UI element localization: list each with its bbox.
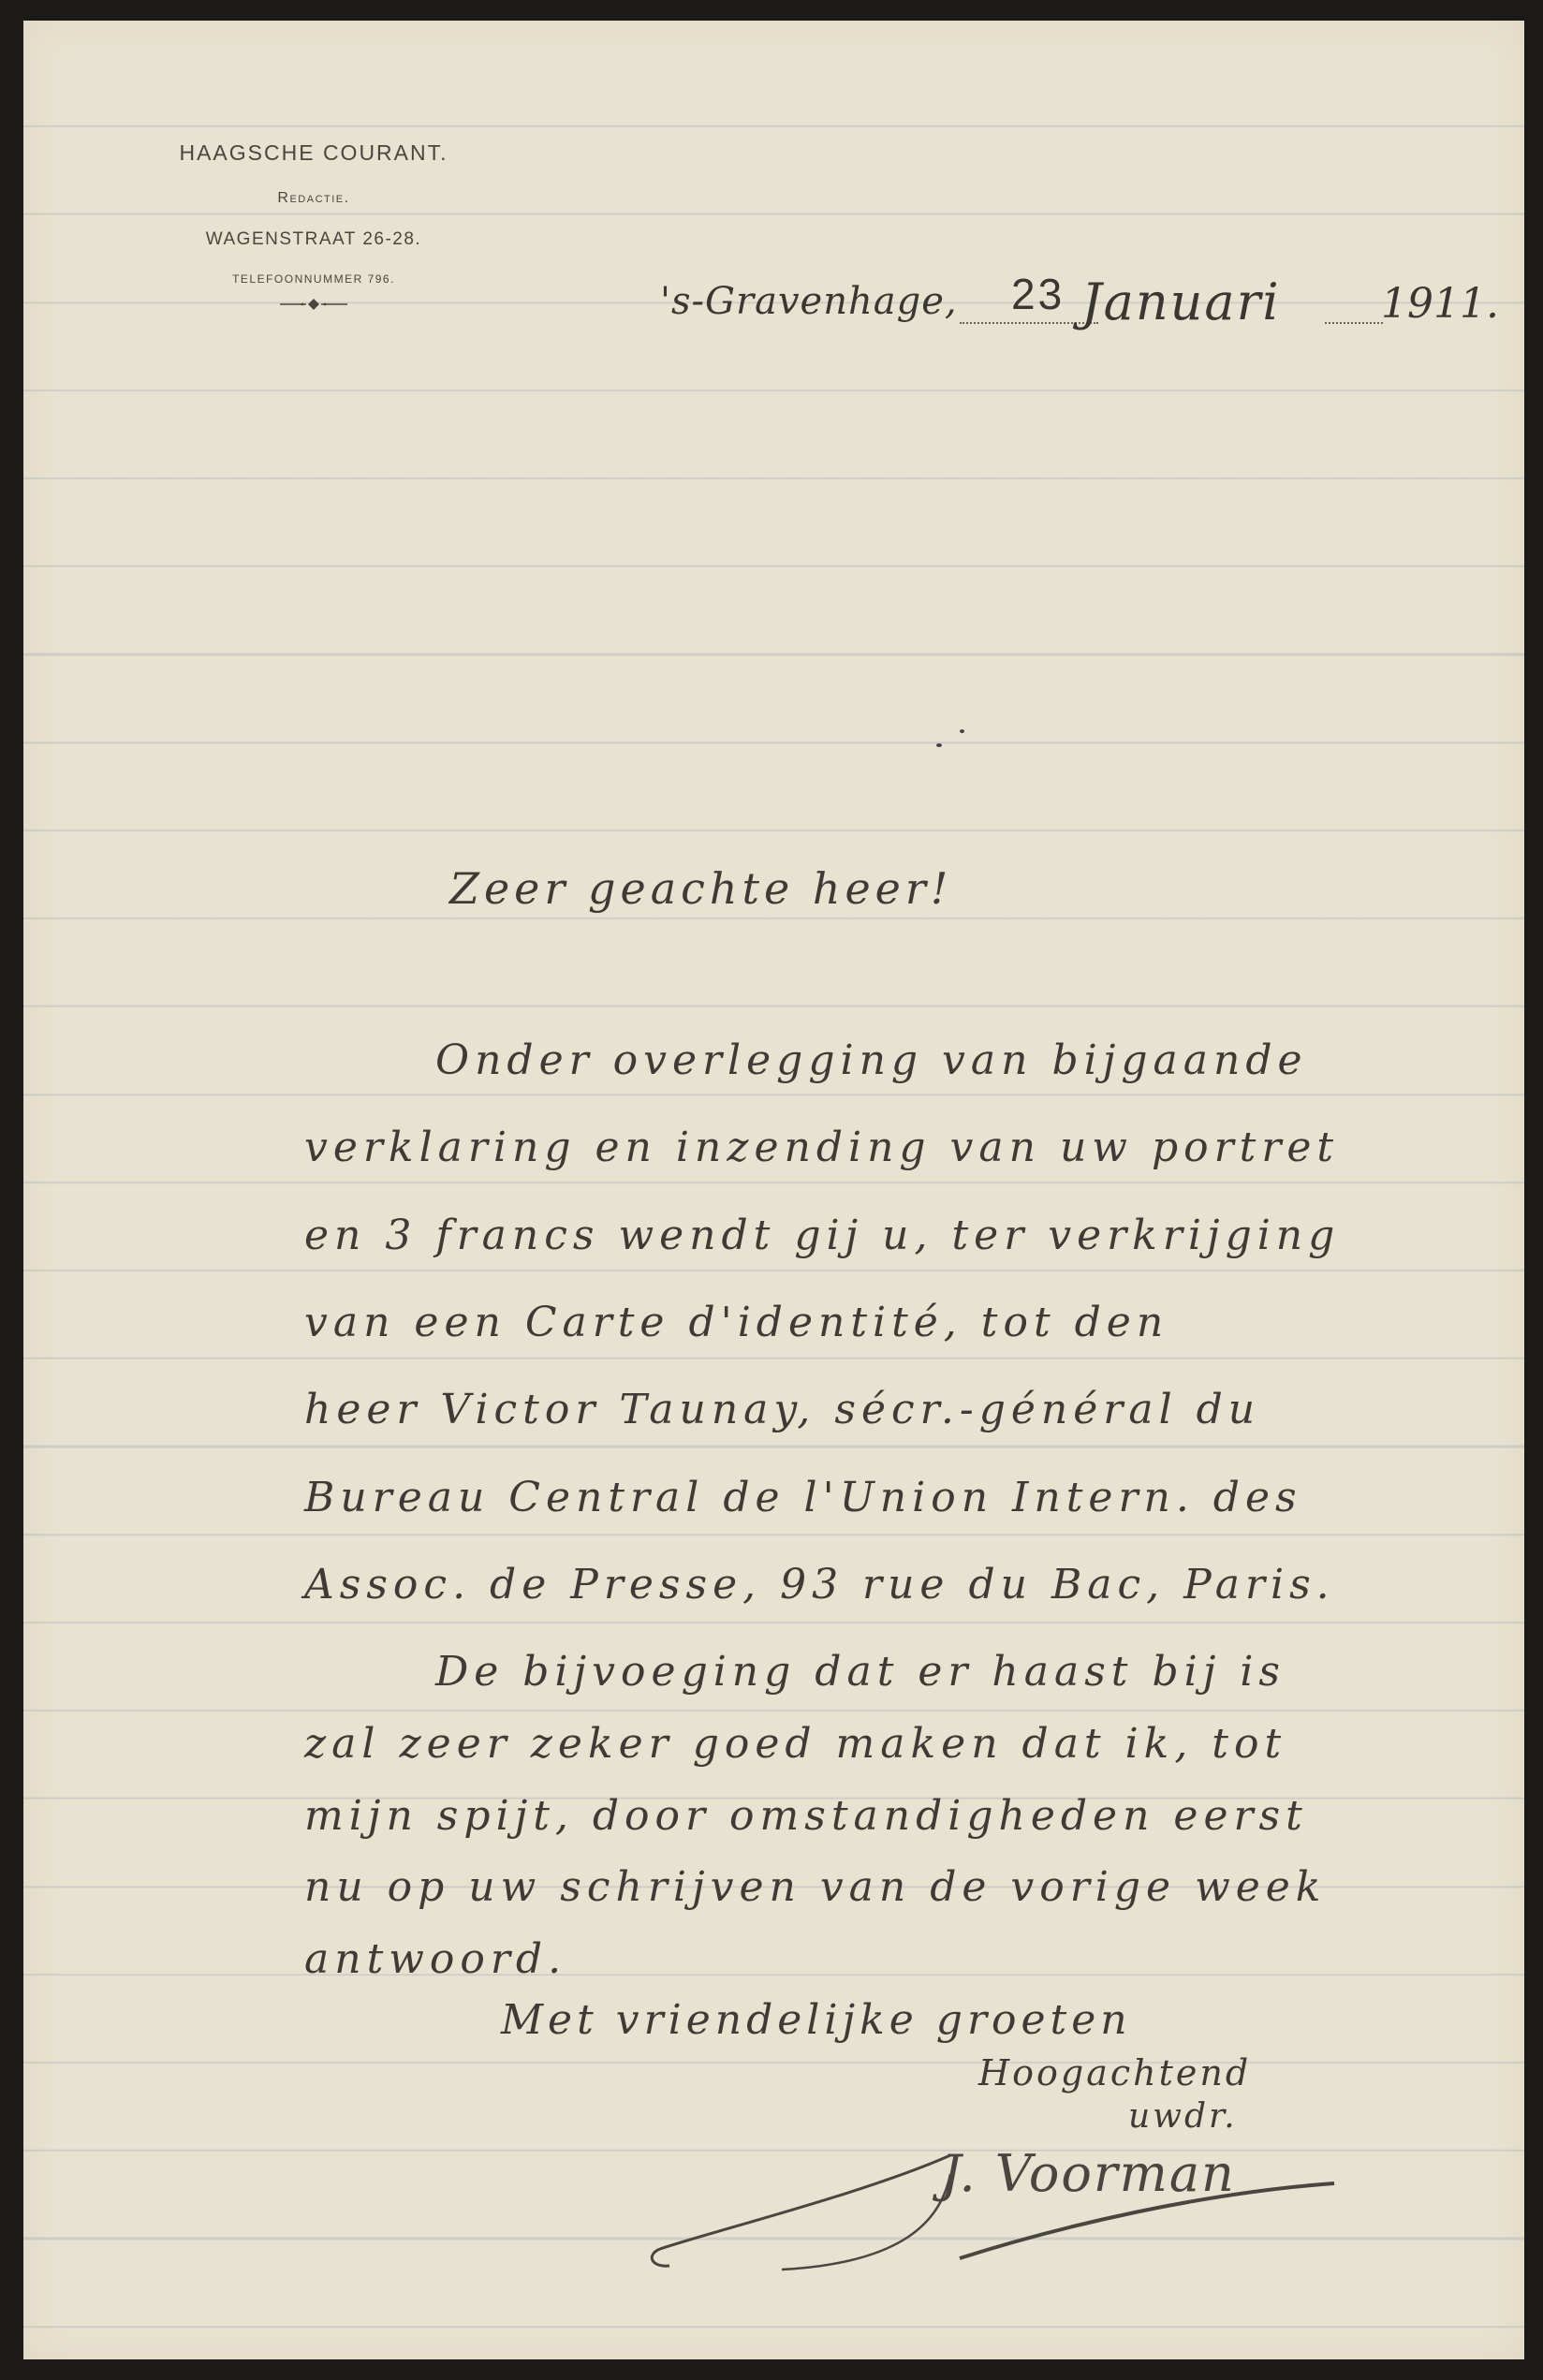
valediction: Hoogachtend: [978, 2052, 1251, 2094]
letterhead: HAAGSCHE COURANT. Redactie. WAGENSTRAAT …: [112, 140, 515, 312]
ink-speck: [960, 729, 964, 733]
body-line: verklaring en inzending van uw portret: [304, 1124, 1339, 1171]
letterhead-title: HAAGSCHE COURANT.: [112, 140, 515, 166]
letterhead-telephone: Telefoonnummer 796.: [112, 272, 515, 286]
dotted-fill-line: [1325, 322, 1383, 324]
dateline: 's-Gravenhage, 23 Januari 1911.: [641, 259, 1484, 362]
date-month: Januari: [1081, 272, 1281, 331]
body-line: van een Carte d'identité, tot den: [304, 1299, 1168, 1346]
signature: J. Voorman: [641, 2137, 1372, 2277]
closing-greeting: Met vriendelijke groeten: [501, 1996, 1132, 2044]
body-line: en 3 francs wendt gij u, ter verkrijging: [304, 1212, 1340, 1259]
body-line: zal zeer zeker goed maken dat ik, tot: [304, 1720, 1286, 1768]
letter-paper: HAAGSCHE COURANT. Redactie. WAGENSTRAAT …: [23, 21, 1524, 2359]
body-line: nu op uw schrijven van de vorige week: [304, 1863, 1326, 1911]
date-year: 1911.: [1381, 280, 1499, 328]
ink-speck: [936, 743, 942, 747]
body-line: Assoc. de Presse, 93 rue du Bac, Paris.: [304, 1561, 1335, 1609]
salutation: Zeer geachte heer!: [449, 863, 952, 914]
body-line: Bureau Central de l'Union Intern. des: [304, 1474, 1302, 1521]
letterhead-address: WAGENSTRAAT 26-28.: [112, 229, 515, 250]
body-line: mijn spijt, door omstandigheden eerst: [304, 1792, 1308, 1840]
valediction-abbrev: uwdr.: [1128, 2097, 1238, 2136]
ornament-divider-icon: [112, 297, 515, 312]
body-line: heer Victor Taunay, sécr.-général du: [304, 1386, 1260, 1433]
signature-flourish-icon: [641, 2137, 1372, 2277]
date-place: 's-Gravenhage,: [660, 280, 958, 323]
body-line: antwoord.: [304, 1935, 566, 1983]
dotted-fill-line: [960, 322, 1098, 324]
date-day: 23: [1011, 269, 1065, 319]
body-line: De bijvoeging dat er haast bij is: [435, 1648, 1286, 1696]
body-line: Onder overlegging van bijgaande: [435, 1036, 1308, 1084]
letterhead-department: Redactie.: [112, 190, 515, 207]
